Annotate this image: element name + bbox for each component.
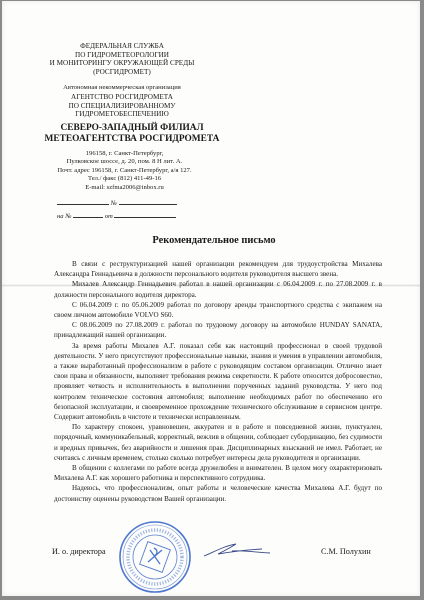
- signatory-name: С.М. Полухин: [321, 547, 371, 556]
- org-type: Автономная некоммерческая организация: [42, 84, 202, 93]
- address-line: Пулковское шоссе, д. 20, пом. 8 Н лит. А…: [42, 158, 207, 166]
- official-stamp-icon: [118, 520, 192, 594]
- phone-fax: Тел./ факс (812) 411-49-16: [42, 175, 207, 183]
- address-block: 196158, г. Санкт-Петербург, Пулковское ш…: [42, 150, 207, 192]
- agency-line: ФЕДЕРАЛЬНАЯ СЛУЖБА: [42, 42, 202, 51]
- ref-date-label: от: [105, 213, 113, 220]
- address-line: Почт. адрес 196158, г. Санкт-Петербург, …: [42, 167, 207, 175]
- org-line: ГИДРОМЕТОБЕСПЕЧЕНИЮ: [42, 110, 202, 119]
- registration-fields: № на № от: [57, 197, 217, 223]
- paragraph: Надеюсь, что профессионализм, опыт работ…: [54, 483, 382, 503]
- agency-line: ПО ГИДРОМЕТЕОРОЛОГИИ: [42, 51, 202, 60]
- paragraph: Михалев Александр Геннадьевич работал в …: [54, 279, 382, 299]
- ref-date-blank: [114, 210, 176, 218]
- number-label: №: [111, 200, 117, 207]
- number-blank: [119, 197, 177, 205]
- signatory-position: И. о. директора: [52, 547, 106, 556]
- paragraph: В связи с реструктуризацией нашей органи…: [54, 259, 382, 279]
- email: E-mail: szfma2006@inbox.ru: [42, 184, 207, 192]
- branch-line: МЕТЕОАГЕНТСТВА РОСГИДРОМЕТА: [42, 134, 222, 145]
- org-line: ПО СПЕЦИАЛИЗИРОВАННОМУ: [42, 102, 202, 111]
- address-line: 196158, г. Санкт-Петербург,: [42, 150, 207, 158]
- letter-title: Рекомендательное письмо: [2, 235, 424, 246]
- paragraph: За время работы Михалев А.Г. показал себ…: [54, 341, 382, 423]
- ref-number-blank: [73, 210, 103, 218]
- branch-line: СЕВЕРО-ЗАПАДНЫЙ ФИЛИАЛ: [42, 123, 222, 134]
- paragraph: В общении с коллегами по работе всегда д…: [54, 463, 382, 483]
- date-blank: [57, 197, 109, 205]
- paragraph: По характеру спокоен, уравновешен, аккур…: [54, 422, 382, 463]
- branch-name: СЕВЕРО-ЗАПАДНЫЙ ФИЛИАЛ МЕТЕОАГЕНТСТВА РО…: [42, 123, 222, 144]
- agency-line: (РОСГИДРОМЕТ): [42, 68, 202, 77]
- letter-page: ФЕДЕРАЛЬНАЯ СЛУЖБА ПО ГИДРОМЕТЕОРОЛОГИИ …: [2, 1, 420, 596]
- signature-scrawl-icon: [202, 538, 272, 560]
- ref-number-label: на №: [57, 213, 71, 220]
- agency-letterhead: ФЕДЕРАЛЬНАЯ СЛУЖБА ПО ГИДРОМЕТЕОРОЛОГИИ …: [42, 42, 202, 119]
- letter-body: В связи с реструктуризацией нашей органи…: [54, 259, 382, 504]
- paragraph: С 06.04.2009 г. по 05.06.2009 работал по…: [54, 300, 382, 320]
- org-line: АГЕНТСТВО РОСГИДРОМЕТА: [42, 93, 202, 102]
- agency-line: И МОНИТОРИНГУ ОКРУЖАЮЩЕЙ СРЕДЫ: [42, 59, 202, 68]
- paragraph: С 08.06.2009 по 27.08.2009 г. работал по…: [54, 320, 382, 340]
